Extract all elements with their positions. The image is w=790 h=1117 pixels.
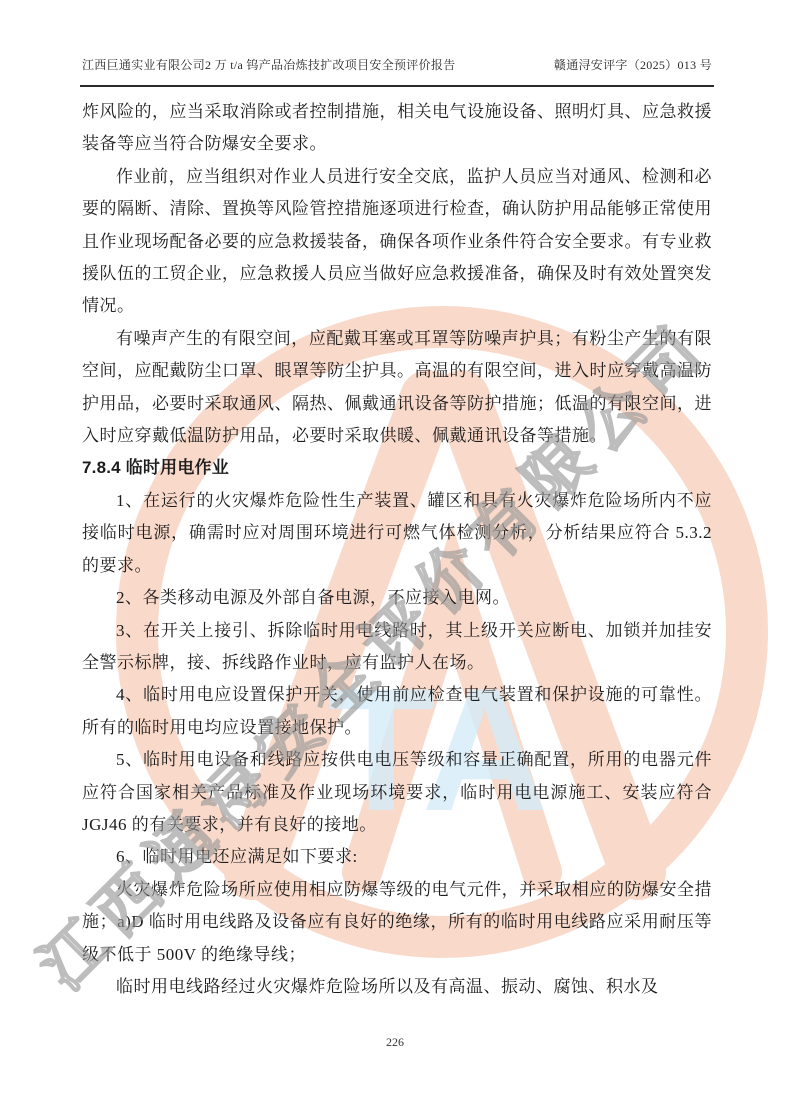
report-page: TA 江西巨通实业有限公司2 万 t/a 钨产品冶炼技扩改项目安全预评价报告 赣… — [0, 0, 790, 1117]
paragraph: 炸风险的，应当采取消除或者控制措施，相关电气设施设备、照明灯具、应急救援装备等应… — [82, 96, 712, 161]
paragraph: 作业前，应当组织对作业人员进行安全交底，监护人员应当对通风、检测和必要的隔断、清… — [82, 161, 712, 323]
paragraph: 1、在运行的火灾爆炸危险性生产装置、罐区和具有火灾爆炸危险场所内不应接临时电源，… — [82, 485, 712, 582]
page-footer: 226 — [0, 1035, 790, 1050]
paragraph: 6、临时用电还应满足如下要求: — [82, 841, 712, 873]
paragraph: 有噪声产生的有限空间，应配戴耳塞或耳罩等防噪声护具；有粉尘产生的有限空间，应配戴… — [82, 323, 712, 453]
header-divider — [80, 85, 714, 87]
paragraph: 临时用电线路经过火灾爆炸危险场所以及有高温、振动、腐蚀、积水及 — [82, 971, 712, 1003]
paragraph: 2、各类移动电源及外部自备电源，不应接入电网。 — [82, 582, 712, 614]
paragraph: 火灾爆炸危险场所应使用相应防爆等级的电气元件，并采取相应的防爆安全措施；a)D … — [82, 874, 712, 971]
section-heading: 7.8.4 临时用电作业 — [82, 452, 712, 484]
header-document-number: 赣通浔安评字（2025）013 号 — [554, 56, 712, 73]
page-header: 江西巨通实业有限公司2 万 t/a 钨产品冶炼技扩改项目安全预评价报告 赣通浔安… — [82, 56, 712, 73]
page-number: 226 — [386, 1035, 404, 1049]
paragraph: 3、在开关上接引、拆除临时用电线路时，其上级开关应断电、加锁并加挂安全警示标牌，… — [82, 615, 712, 680]
header-report-title: 江西巨通实业有限公司2 万 t/a 钨产品冶炼技扩改项目安全预评价报告 — [82, 56, 456, 73]
paragraph: 4、临时用电应设置保护开关，使用前应检查电气装置和保护设施的可靠性。所有的临时用… — [82, 679, 712, 744]
document-body: 炸风险的，应当采取消除或者控制措施，相关电气设施设备、照明灯具、应急救援装备等应… — [82, 96, 712, 1003]
paragraph: 5、临时用电设备和线路应按供电电压等级和容量正确配置，所用的电器元件应符合国家相… — [82, 744, 712, 841]
